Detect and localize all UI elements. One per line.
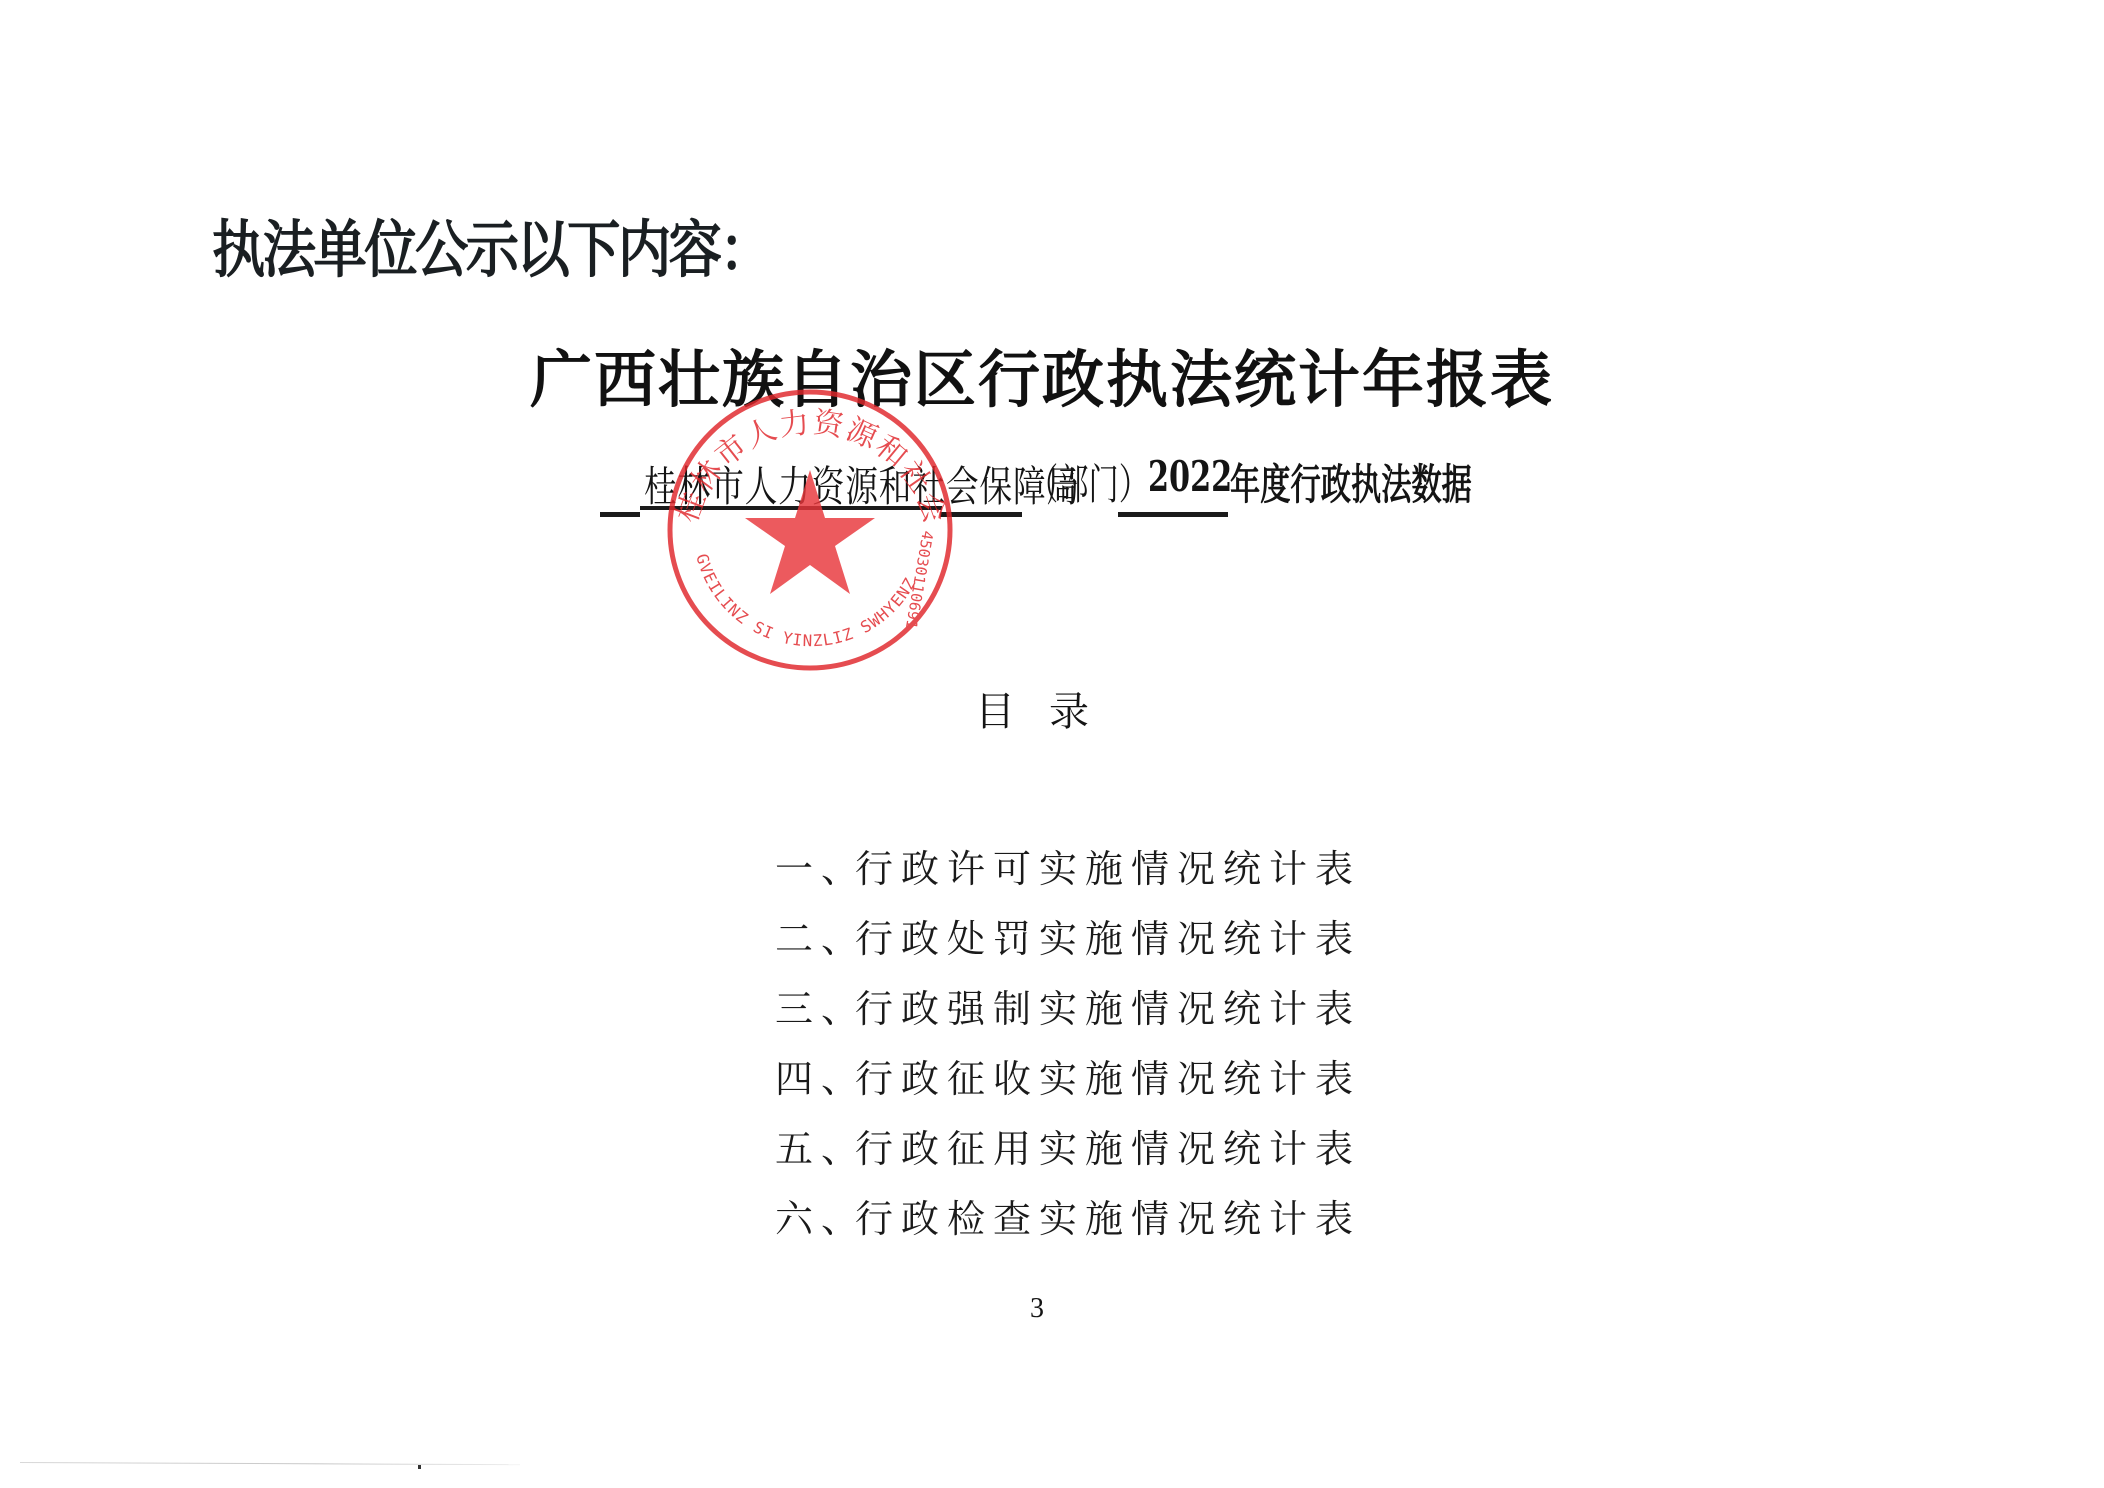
toc-item-label: 行政征用实施情况统计表 — [855, 1118, 1361, 1188]
scan-artifact-dot — [418, 1465, 421, 1469]
year-suffix: 年度行政执法数据 — [1230, 452, 1472, 512]
toc-item: 二、行政处罚实施情况统计表 — [775, 908, 1361, 978]
toc-item-label: 行政处罚实施情况统计表 — [855, 908, 1361, 978]
toc-item-number: 五、 — [775, 1118, 855, 1188]
scan-artifact-line — [20, 1462, 520, 1465]
toc-title: 目录 — [975, 680, 1123, 737]
page-title: 广西壮族自治区行政执法统计年报表 — [530, 330, 1554, 419]
svg-text:45030110691: 45030110691 — [902, 529, 937, 630]
toc-item-number: 六、 — [775, 1188, 855, 1258]
seal-stamp-icon: 桂林市人力资源和社会保障局 GVEILINZ SI YINZLIZ SWHYEN… — [655, 380, 965, 680]
department-suffix: （部门） — [1028, 452, 1149, 512]
page-number: 3 — [1030, 1293, 1044, 1325]
svg-text:GVEILINZ SI YINZLIZ SWHYENZ GI: GVEILINZ SI YINZLIZ SWHYENZ GIH SEVEI BA… — [655, 380, 920, 650]
toc-item-label: 行政许可实施情况统计表 — [855, 838, 1361, 908]
toc-item: 一、行政许可实施情况统计表 — [775, 838, 1361, 908]
toc-item-number: 三、 — [775, 978, 855, 1048]
toc-item-label: 行政征收实施情况统计表 — [855, 1048, 1361, 1118]
year-value: 2022 — [1148, 452, 1232, 501]
year-underline — [1118, 512, 1228, 517]
toc-item-number: 四、 — [775, 1048, 855, 1118]
toc-item-number: 二、 — [775, 908, 855, 978]
toc-item: 六、行政检查实施情况统计表 — [775, 1188, 1361, 1258]
official-seal: 桂林市人力资源和社会保障局 GVEILINZ SI YINZLIZ SWHYEN… — [655, 380, 965, 680]
toc-item: 五、行政征用实施情况统计表 — [775, 1118, 1361, 1188]
underline-left — [600, 512, 640, 517]
toc-item: 三、行政强制实施情况统计表 — [775, 978, 1361, 1048]
toc-item-label: 行政强制实施情况统计表 — [855, 978, 1361, 1048]
underline-mid — [940, 512, 1022, 517]
intro-heading: 执法单位公示以下内容： — [212, 200, 770, 289]
toc-item: 四、行政征收实施情况统计表 — [775, 1048, 1361, 1118]
toc-item-number: 一、 — [775, 838, 855, 908]
toc-item-label: 行政检查实施情况统计表 — [855, 1188, 1361, 1258]
department-name: 桂林市人力资源和社会保障局 — [644, 454, 1080, 514]
toc-list: 一、行政许可实施情况统计表 二、行政处罚实施情况统计表 三、行政强制实施情况统计… — [775, 838, 1361, 1258]
